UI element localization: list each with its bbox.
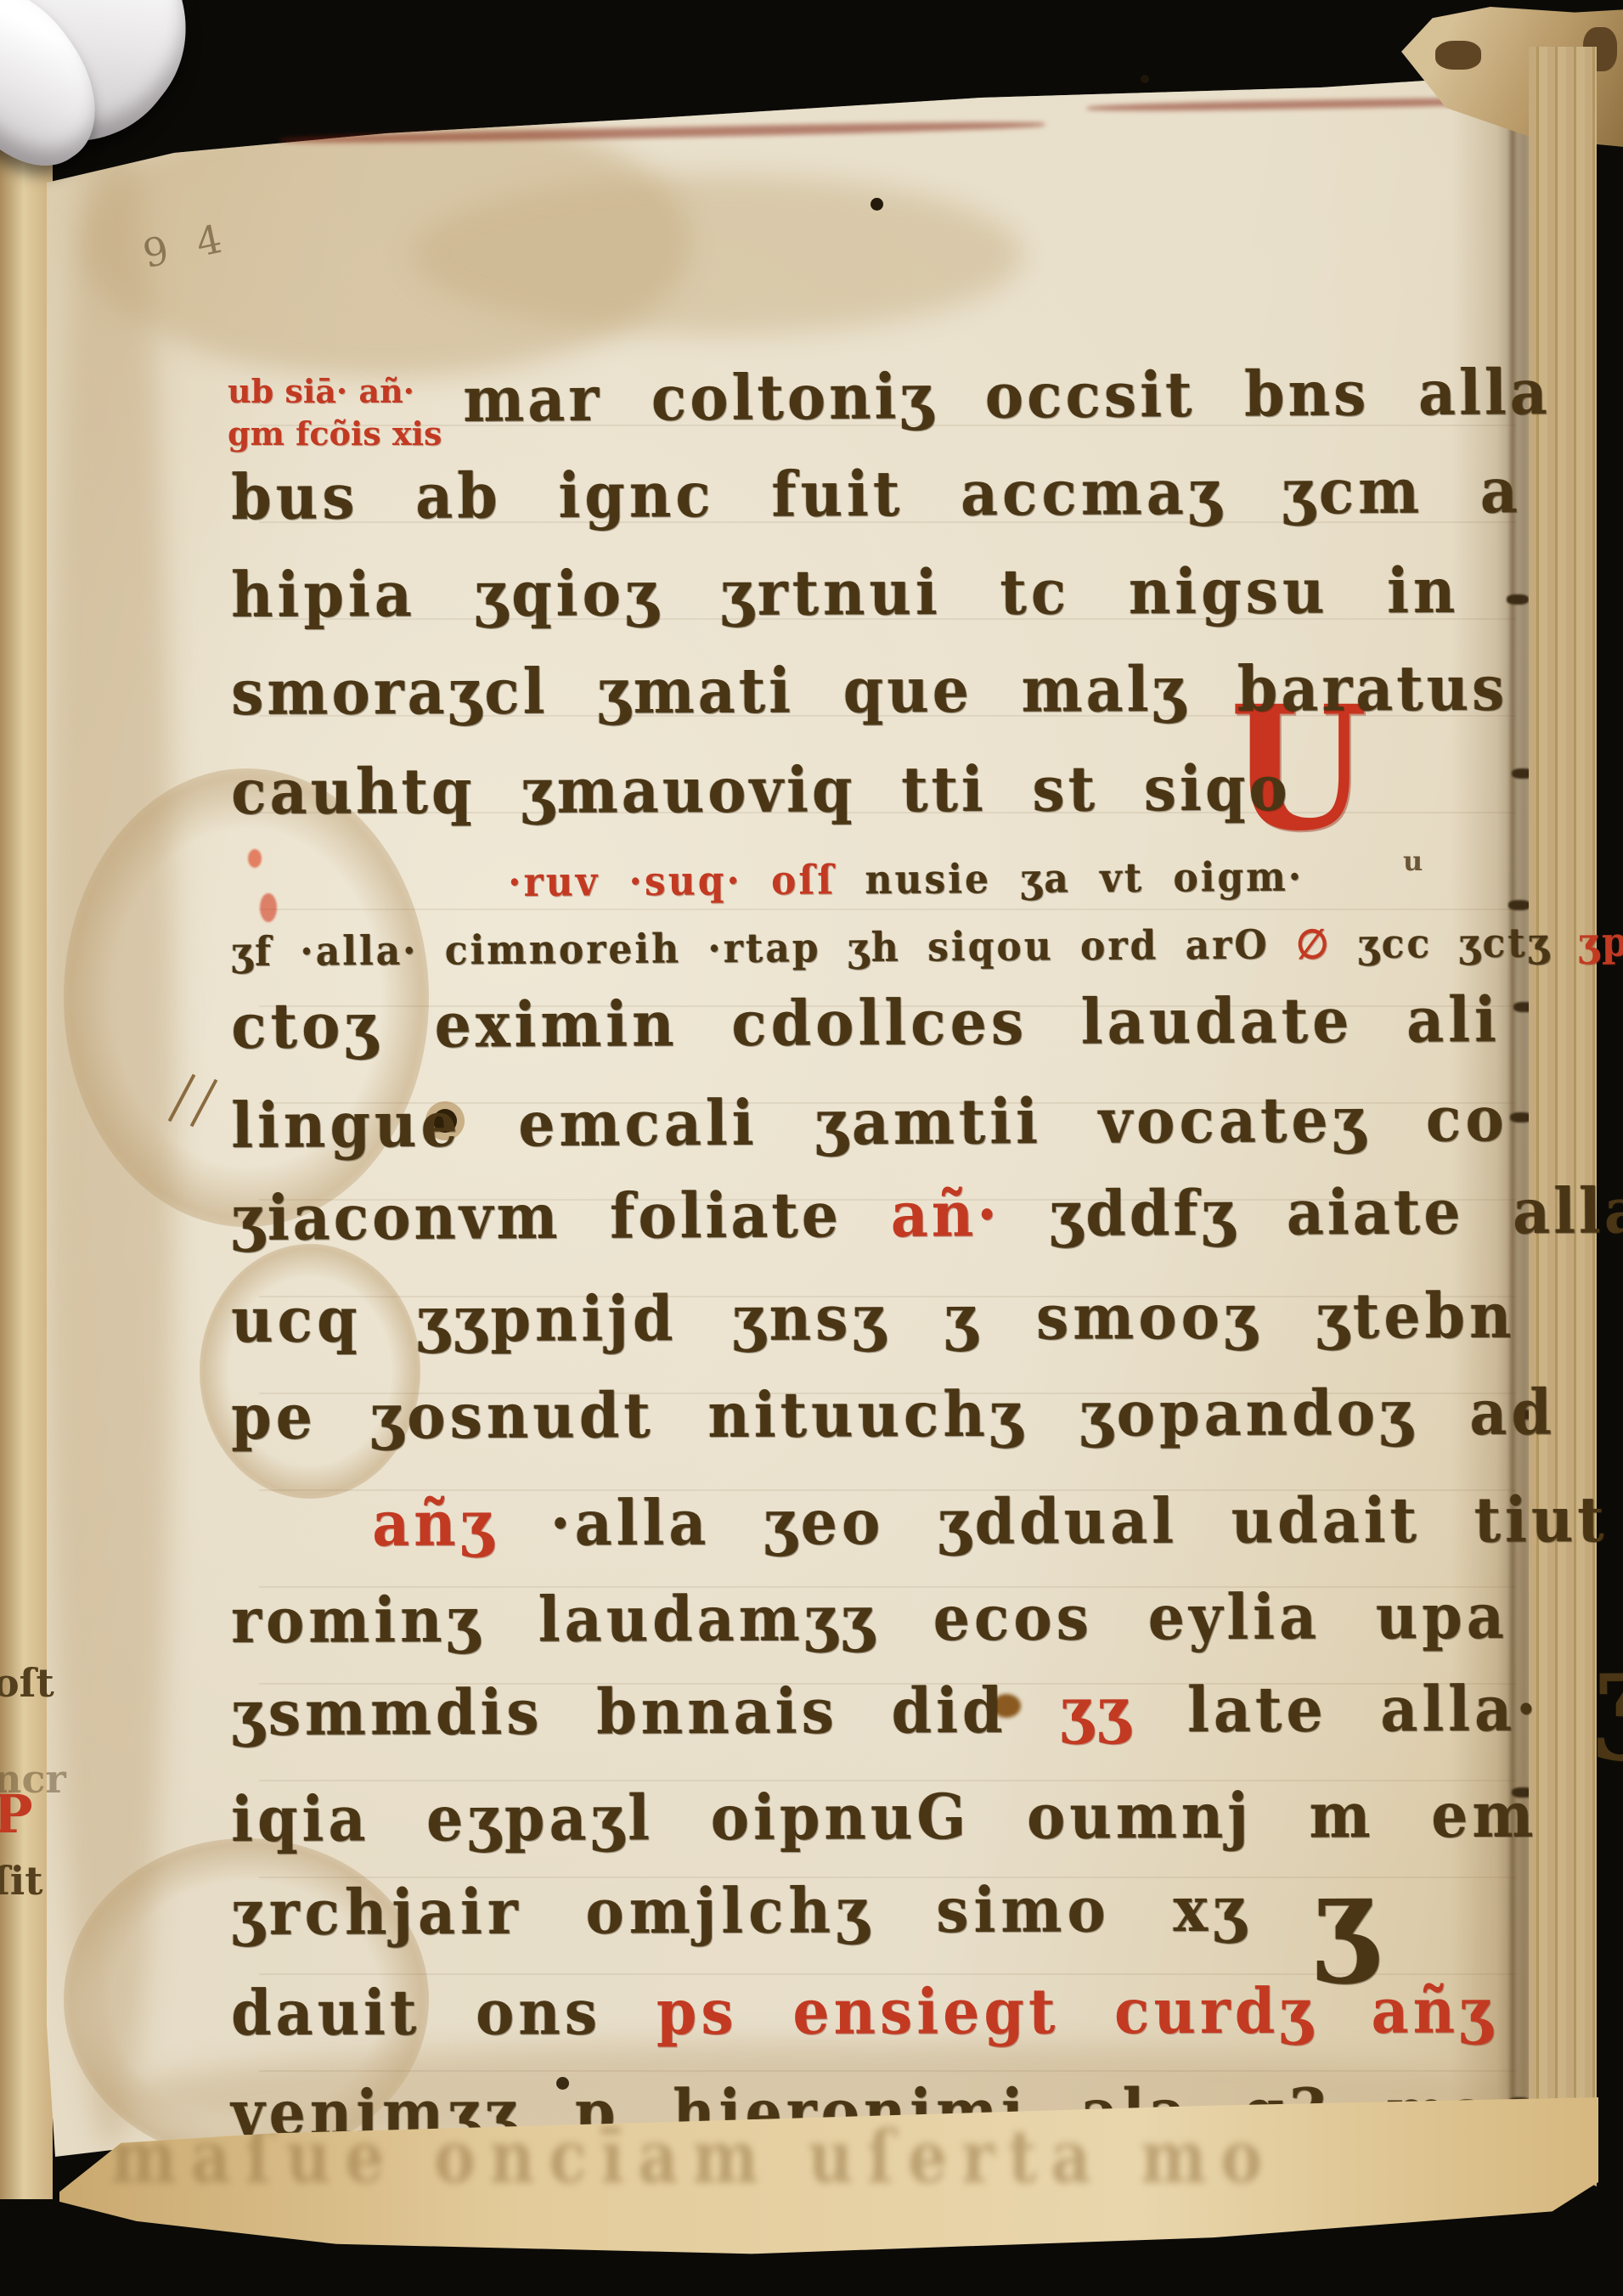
red-smudge: [248, 849, 262, 868]
text-segment: rominʒ laudamʒʒ ecos eylia upa: [231, 1580, 1508, 1658]
text-segment: iqia eʒpaʒl oipnuG oumnj m em: [231, 1779, 1538, 1857]
text-line: ucq ʒʒpnijd ʒnsʒ ʒ smooʒ ʒtebn: [231, 1280, 1516, 1358]
text-line: ʒf ·alla· cimnoreih ·rtap ʒh siqou ord a…: [231, 919, 1623, 976]
rubric-segment: añ·: [891, 1178, 1001, 1252]
text-line: añʒ ·alla ʒeo ʒddual udait tiut: [372, 1483, 1609, 1561]
text-line: pe ʒosnudt nituuchʒ ʒopandoʒ ad: [231, 1376, 1556, 1455]
text-segment: ʒcc ʒctʒ: [1331, 920, 1578, 968]
manuscript-photo: 9 4 ub siā· añ· gm fcõis xis U u mar col…: [0, 0, 1623, 2296]
sewing-notch: [1507, 594, 1529, 605]
stain: [47, 72, 174, 2152]
rubric-segment: ·ruv ·suq· oſſ: [508, 857, 836, 906]
text-segment: ʒsmmdis bnnais did: [231, 1674, 1060, 1751]
margin-rubric-line: ub siā· añ·: [228, 370, 442, 413]
guide-letter: u: [1403, 845, 1423, 877]
left-edge-fragment: oſt: [0, 1660, 54, 1706]
fragment-spot: [1435, 41, 1481, 70]
text-line: ·ruv ·suq· oſſ nusie ʒa vt oigm·: [508, 853, 1304, 906]
text-segment: ʒrchjair omjlchʒ simo xʒ: [231, 1873, 1313, 1950]
text-line: ʒsmmdis bnnais did ʒʒ late alla· Ʒ: [231, 1672, 1623, 1750]
text-line: lingue emcali ʒamtii vocateʒ co: [231, 1083, 1508, 1162]
text-line: ʒrchjair omjlchʒ simo xʒ ʒ: [231, 1872, 1376, 1950]
text-segment: lingue emcali ʒamtii vocateʒ co: [231, 1083, 1508, 1162]
rubric-segment: ps ensiegt curdʒ añʒ: [657, 1974, 1496, 2049]
text-segment: cauhtq ʒmauoviq tti st siqo: [231, 752, 1291, 830]
rubric-segment: añʒ: [372, 1487, 497, 1561]
text-segment: ·alla ʒeo ʒddual udait tiut: [497, 1483, 1609, 1561]
red-smudge: [260, 893, 277, 922]
text-line: bus ab ignc fuit accmaʒ ʒcm a: [231, 454, 1522, 534]
text-segment: bus ab ignc fuit accmaʒ ʒcm a: [231, 454, 1522, 534]
text-segment: hipia ʒqioʒ ʒrtnui tc nigsu in: [231, 554, 1460, 632]
rubric-segment: ʒʒ: [1060, 1674, 1135, 1747]
stain: [412, 174, 1023, 335]
text-segment: late alla·: [1134, 1672, 1593, 1747]
rubric-segment: ∅: [1296, 921, 1332, 968]
text-line: smoraʒcl ʒmati que malʒ baratus: [231, 652, 1508, 730]
text-line: rominʒ laudamʒʒ ecos eylia upa: [231, 1580, 1508, 1658]
margin-rubric-line: gm fcõis xis: [228, 413, 442, 455]
text-segment: dauit ons: [231, 1976, 657, 2050]
text-segment: mar coltoniʒ occsit bns alla: [463, 356, 1551, 436]
text-line: cauhtq ʒmauoviq tti st siqo: [231, 752, 1291, 830]
left-edge-fragment: ſit: [0, 1858, 43, 1904]
wormhole: [871, 198, 883, 211]
text-segment: ʒddfʒ aiate alla·: [1000, 1174, 1623, 1252]
text-segment: ucq ʒʒpnijd ʒnsʒ ʒ smooʒ ʒtebn: [231, 1280, 1516, 1358]
text-line: dauit ons ps ensiegt curdʒ añʒ: [231, 1974, 1496, 2050]
text-segment: smoraʒcl ʒmati que malʒ baratus: [231, 652, 1508, 730]
flourish-capital: Ʒ: [1593, 1649, 1623, 1787]
margin-rubric: ub siā· añ· gm fcõis xis: [228, 370, 442, 455]
sewing-notch: [1508, 900, 1530, 910]
text-segment: nusie ʒa vt oigm·: [836, 853, 1304, 903]
text-line: ctoʒ eximin cdollces laudate ali: [231, 983, 1501, 1063]
rubric-segment: ʒph ʒ: [1578, 919, 1623, 966]
text-line: hipia ʒqioʒ ʒrtnui tc nigsu in: [231, 554, 1460, 632]
text-segment: ʒiaconvm foliate: [231, 1179, 891, 1255]
text-line: ʒiaconvm foliate añ· ʒddfʒ aiate alla· ɥ: [231, 1173, 1623, 1255]
text-line: iqia eʒpaʒl oipnuG oumnj m em: [231, 1779, 1538, 1857]
flourish-capital: ʒ: [1313, 1850, 1376, 1989]
text-line: mar coltoniʒ occsit bns alla: [463, 356, 1551, 436]
wormhole: [1141, 75, 1149, 83]
text-segment: pe ʒosnudt nituuchʒ ʒopandoʒ ad: [231, 1376, 1556, 1455]
text-segment: ctoʒ eximin cdollces laudate ali: [231, 983, 1501, 1063]
left-edge-fragment: P: [0, 1783, 33, 1845]
text-segment: ʒf ·alla· cimnoreih ·rtap ʒh siqou ord a…: [231, 921, 1296, 976]
